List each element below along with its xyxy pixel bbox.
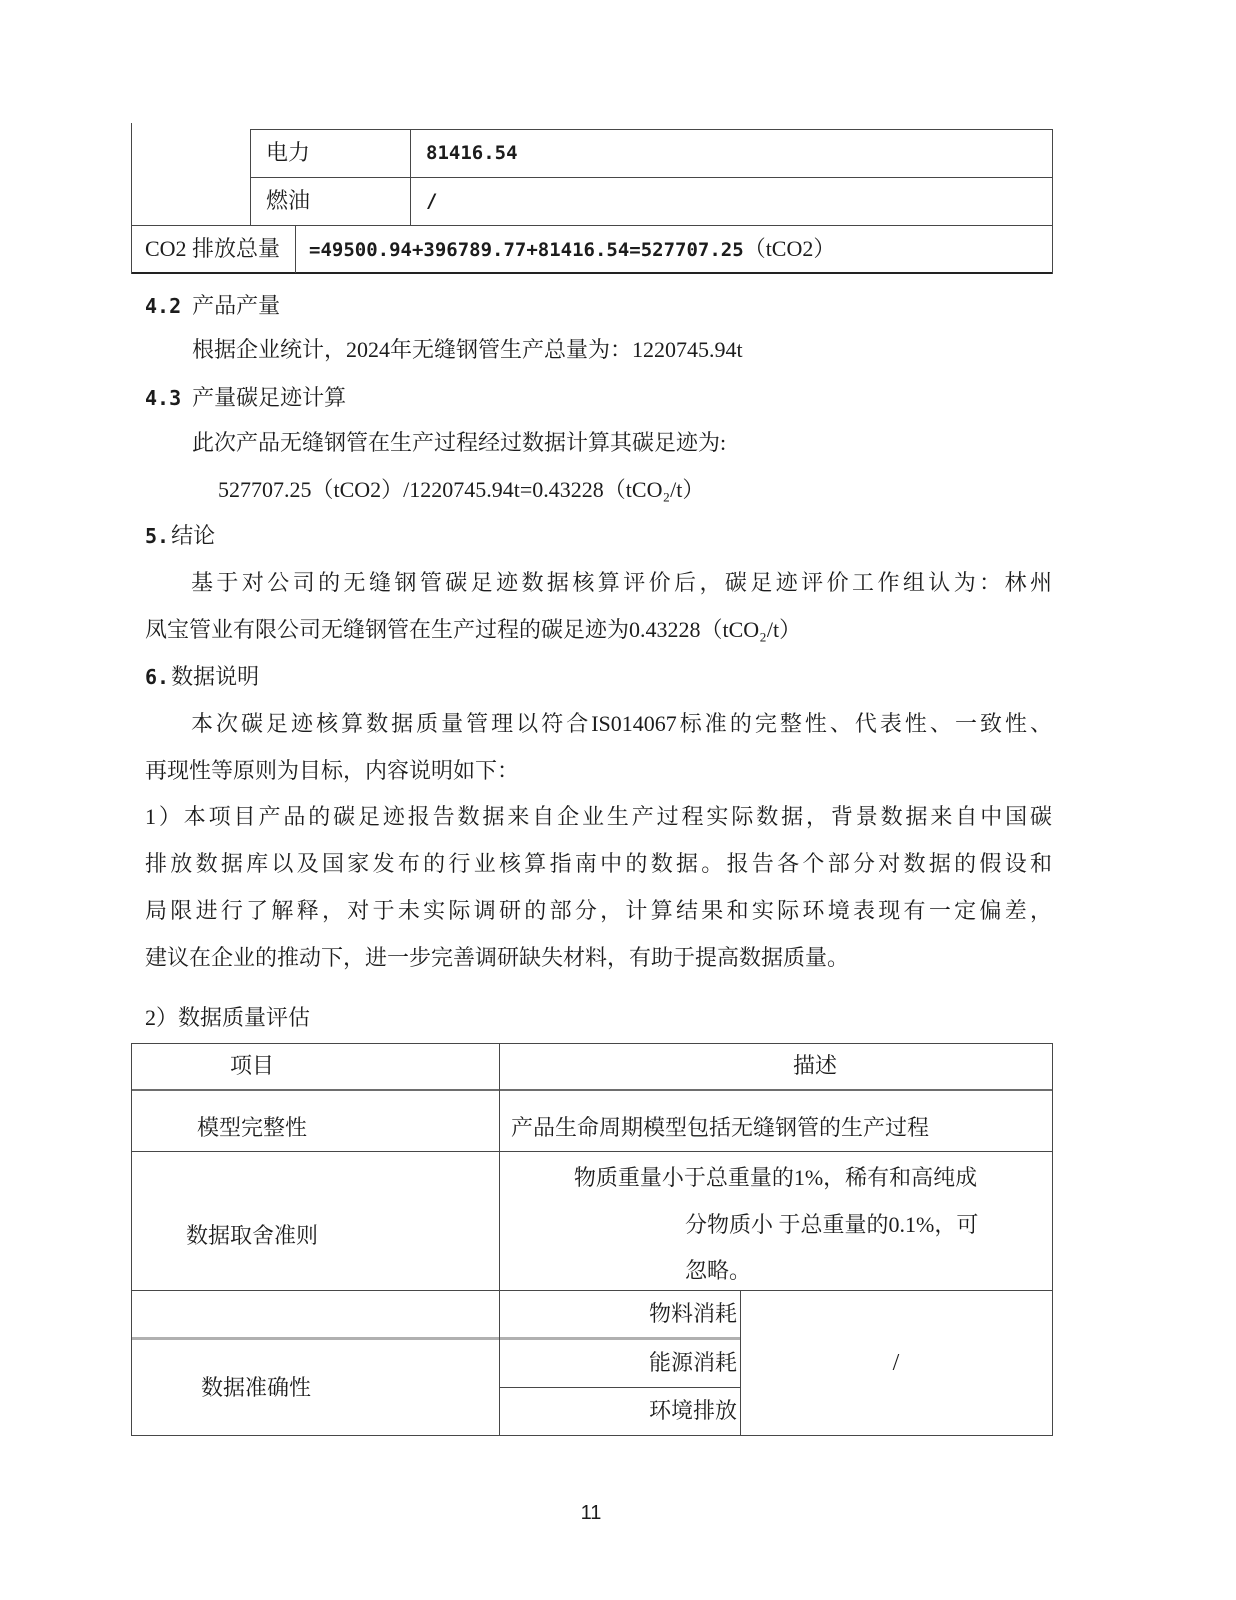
para-5-line2: 凤宝管业有限公司无缝钢管在生产过程的碳足迹为0.43228（tCO₂/t） bbox=[145, 617, 801, 642]
t2-accuracy-sub1: 物料消耗 bbox=[499, 1290, 737, 1338]
t2-cutoff-line2: 分物质小 于总重量的0.1%，可 bbox=[685, 1212, 978, 1237]
heading-4-3-num: 4.3 bbox=[145, 386, 181, 410]
heading-6-num: 6. bbox=[145, 665, 169, 689]
para-1-line1: 1）本项目产品的碳足迹报告数据来自企业生产过程实际数据，背景数据来自中国碳 bbox=[145, 804, 1052, 829]
t1-border-col-total bbox=[295, 225, 296, 273]
page-number: 11 bbox=[531, 1502, 651, 1525]
heading-6-title: 数据说明 bbox=[171, 664, 259, 689]
t2-accuracy-value: / bbox=[740, 1290, 1052, 1436]
heading-quality: 2）数据质量评估 bbox=[145, 1005, 310, 1030]
t1-row1-label: 电力 bbox=[266, 129, 310, 177]
para-1-line4: 建议在企业的推动下，进一步完善调研缺失材料，有助于提高数据质量。 bbox=[145, 945, 849, 970]
t1-border-left bbox=[131, 123, 132, 274]
para-4-3: 此次产品无缝钢管在生产过程经过数据计算其碳足迹为: bbox=[192, 430, 726, 455]
t2-cutoff-line1: 物质重量小于总重量的1%，稀有和高纯成 bbox=[499, 1165, 1052, 1190]
t1-row1-value: 81416.54 bbox=[426, 129, 518, 177]
t1-total-formula: =49500.94+396789.77+81416.54=527707.25 bbox=[309, 239, 744, 261]
report-page: 电力 81416.54 燃油 / CO2 排放总量 =49500.94+3967… bbox=[0, 0, 1236, 1600]
t1-border-right bbox=[1052, 129, 1053, 274]
formula-4-3: 527707.25（tCO2）/1220745.94t=0.43228（tCO₂… bbox=[218, 477, 704, 502]
t1-total-label: CO2 排放总量 bbox=[145, 225, 280, 273]
t1-border-row1 bbox=[250, 177, 1052, 178]
heading-4-2: 4.2产品产量 bbox=[145, 293, 280, 318]
t1-border-top bbox=[250, 129, 1052, 130]
t2-cutoff-label: 数据取舍准则 bbox=[131, 1151, 373, 1290]
t1-total-value: =49500.94+396789.77+81416.54=527707.25（t… bbox=[309, 225, 835, 273]
para-4-2: 根据企业统计，2024年无缝钢管生产总量为：1220745.94t bbox=[192, 337, 743, 362]
t2-accuracy-label: 数据准确性 bbox=[131, 1339, 381, 1436]
t1-border-col2 bbox=[410, 129, 411, 225]
heading-4-3-title: 产量碳足迹计算 bbox=[192, 385, 346, 410]
t1-row2-label: 燃油 bbox=[266, 177, 310, 225]
heading-5: 5.结论 bbox=[145, 523, 215, 548]
heading-6: 6.数据说明 bbox=[145, 664, 259, 689]
t2-model-desc: 产品生命周期模型包括无缝钢管的生产过程 bbox=[511, 1090, 929, 1151]
para-6-line2: 再现性等原则为目标，内容说明如下： bbox=[145, 758, 519, 783]
t2-accuracy-sub2: 能源消耗 bbox=[499, 1339, 737, 1387]
heading-4-2-num: 4.2 bbox=[145, 294, 181, 318]
t1-row2-value: / bbox=[426, 177, 437, 225]
t1-border-col1 bbox=[250, 129, 251, 225]
t1-total-unit: （tCO2） bbox=[744, 236, 836, 261]
para-5-line1: 基于对公司的无缝钢管碳足迹数据核算评价后，碳足迹评价工作组认为：林州 bbox=[145, 570, 1052, 595]
t2-header-item: 项目 bbox=[131, 1043, 373, 1089]
heading-4-3: 4.3产量碳足迹计算 bbox=[145, 385, 346, 410]
t2-border-right bbox=[1052, 1043, 1053, 1436]
t2-cutoff-line3: 忽略。 bbox=[685, 1258, 751, 1283]
heading-5-num: 5. bbox=[145, 524, 169, 548]
para-1-line3: 局限进行了解释，对于未实际调研的部分，计算结果和实际环境表现有一定偏差， bbox=[145, 898, 1052, 923]
heading-5-title: 结论 bbox=[171, 523, 215, 548]
t2-model-label: 模型完整性 bbox=[131, 1090, 373, 1151]
t2-accuracy-sub3: 环境排放 bbox=[499, 1387, 737, 1435]
heading-4-2-title: 产品产量 bbox=[192, 293, 280, 318]
para-1-line2: 排放数据库以及国家发布的行业核算指南中的数据。报告各个部分对数据的假设和 bbox=[145, 851, 1052, 876]
para-6-line1: 本次碳足迹核算数据质量管理以符合IS014067标准的完整性、代表性、一致性、 bbox=[145, 711, 1052, 736]
t2-header-desc: 描述 bbox=[530, 1043, 1100, 1089]
